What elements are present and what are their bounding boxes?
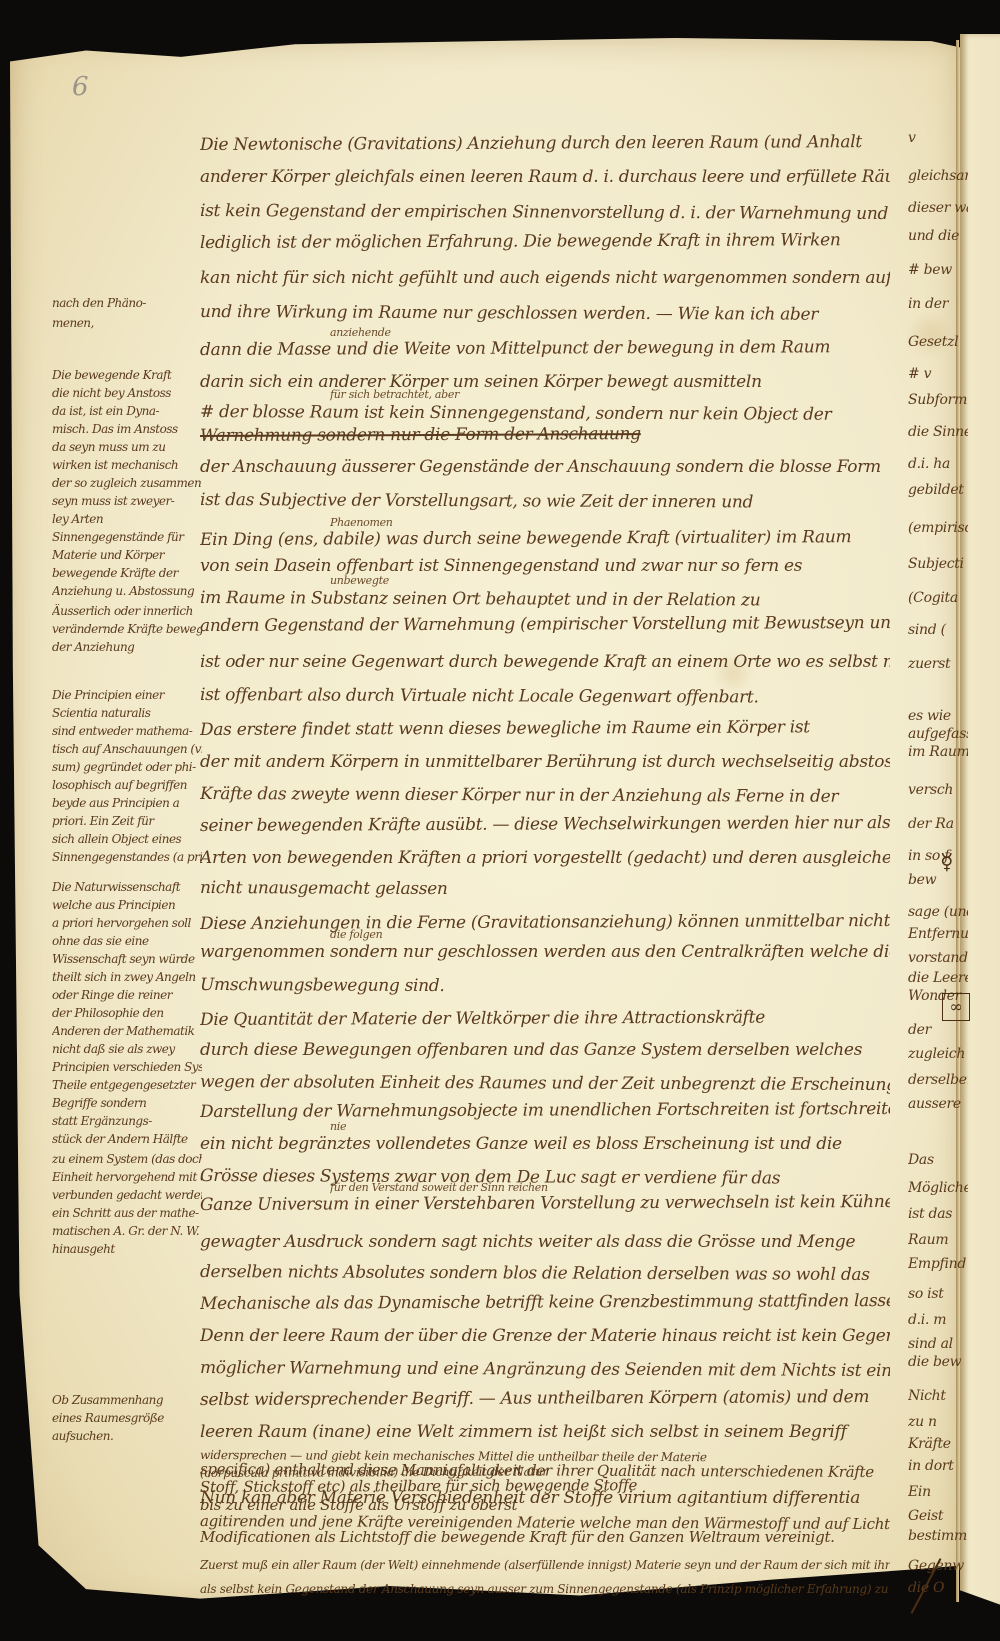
margin-note-line: menen,: [52, 316, 202, 330]
margin-note-line: der Anziehung: [52, 640, 202, 654]
right-page-fragment: derselben: [908, 1072, 968, 1088]
alchemical-symbol-icon: ☿: [940, 850, 954, 875]
margin-note-line: Principien verschieden Systeme: [52, 1060, 202, 1074]
margin-note-line: theilt sich in zwey Angeln: [52, 970, 202, 984]
right-page-fragment: Ein: [908, 1484, 968, 1500]
right-page-fragment: die Leere: [908, 970, 968, 986]
margin-note-line: a priori hervorgehen soll: [52, 916, 202, 930]
margin-note-line: aufsuchen.: [52, 1429, 202, 1443]
margin-note-line: Äusserlich oder innerlich: [52, 604, 202, 618]
manuscript-line: leeren Raum (inane) eine Welt zimmern is…: [200, 1422, 890, 1442]
margin-note-line: Scientia naturalis: [52, 706, 202, 720]
margin-note-line: da seyn muss um zu: [52, 440, 202, 454]
manuscript-line: selbst widersprechender Begriff. — Aus u…: [200, 1387, 890, 1410]
manuscript-line: seiner bewegenden Kräfte ausübt. — diese…: [200, 813, 890, 836]
margin-note-line: hinausgeht: [52, 1242, 202, 1256]
right-page-fragment: und die: [908, 228, 968, 244]
right-page-fragment: Empfind: [908, 1256, 968, 1272]
manuscript-line: von sein Dasein offenbart ist Sinnengege…: [200, 556, 890, 576]
manuscript-line: der mit andern Körpern in unmittelbarer …: [200, 752, 890, 772]
interlinear-insertion: unbewegte: [330, 574, 1000, 587]
manuscript-line: gewagter Ausdruck sondern sagt nichts we…: [200, 1232, 890, 1252]
margin-note-line: Einheit hervorgehend mit einander: [52, 1170, 202, 1184]
margin-note-line: Wissenschaft seyn würde: [52, 952, 202, 966]
margin-note-line: welche aus Principien: [52, 898, 202, 912]
margin-note-line: Materie und Körper: [52, 548, 202, 562]
margin-note-line: die nicht bey Anstoss: [52, 386, 202, 400]
margin-note-line: Ob Zusammenhang: [52, 1393, 202, 1407]
margin-note-line: verändernde Kräfte bewegung: [52, 622, 202, 636]
right-page-fragment: Kräfte: [908, 1436, 968, 1452]
right-page-fragment: bestimm: [908, 1528, 968, 1544]
interlinear-insertion: für sich betrachtet, aber: [330, 388, 1000, 401]
right-page-fragment: Subjecti: [908, 556, 968, 572]
margin-note-line: Anziehung u. Abstossung: [52, 584, 202, 598]
right-page-fragment: zu n: [908, 1414, 968, 1430]
margin-note-line: nicht daß sie als zwey: [52, 1042, 202, 1056]
right-page-fragment: in so f: [908, 848, 968, 864]
manuscript-line: Denn der leere Raum der über die Grenze …: [200, 1326, 890, 1346]
right-page-fragment: Nicht: [908, 1388, 968, 1404]
right-page-fragment: aufgefasst: [908, 726, 968, 742]
margin-note-line: wirken ist mechanisch: [52, 458, 202, 472]
manuscript-line: andern Gegenstand der Warnehmung (empiri…: [200, 613, 890, 636]
margin-note-line: da ist, ist ein Dyna-: [52, 404, 202, 418]
margin-note-line: seyn muss ist zweyer-: [52, 494, 202, 508]
right-page-fragment: aussere: [908, 1096, 968, 1112]
right-page-fragment: d.i. m: [908, 1312, 968, 1328]
margin-note-line: Anderen der Mathematik: [52, 1024, 202, 1038]
margin-note-line: zu einem System (das doch als: [52, 1152, 202, 1166]
manuscript-line: kan nicht für sich nicht gefühlt und auc…: [200, 268, 890, 288]
right-page-fragment: vorstand: [908, 950, 968, 966]
right-page-fragment: im Raum: [908, 744, 968, 760]
manuscript-line: Ganze Universum in einer Verstehbaren Vo…: [200, 1192, 890, 1215]
manuscript-line: Umschwungsbewegung sind.: [200, 975, 890, 998]
margin-note-line: nach den Phäno-: [52, 296, 202, 310]
right-page-fragment: bew: [908, 872, 968, 888]
right-page-fragment: Das: [908, 1152, 968, 1168]
margin-note-line: ley Arten: [52, 512, 202, 526]
manuscript-line: # der blosse Raum ist kein Sinnengegenst…: [200, 402, 890, 425]
right-page-fragment: Subform: [908, 392, 968, 408]
right-page-fragment: der Ra: [908, 816, 968, 832]
folio-number: 6: [72, 72, 89, 102]
interlinear-insertion: nie: [330, 1120, 1000, 1133]
manuscript-line: Die Newtonische (Gravitations) Anziehung…: [200, 132, 890, 155]
margin-note-line: sind entweder mathema-: [52, 724, 202, 738]
right-page-fragment: die O: [908, 1580, 968, 1596]
manuscript-line: ist kein Gegenstand der empirischen Sinn…: [200, 201, 890, 224]
manuscript-line: Arten von bewegenden Kräften a priori vo…: [200, 848, 890, 868]
margin-note-line: Die bewegende Kraft: [52, 368, 202, 382]
margin-note-line: verbunden gedacht werden: [52, 1188, 202, 1202]
manuscript-line: der Anschauung äusserer Gegenstände der …: [200, 457, 890, 477]
right-page-fragment: # v: [908, 366, 968, 382]
right-page-fragment: in dort: [908, 1458, 968, 1474]
right-page-fragment: zugleich: [908, 1046, 968, 1062]
margin-note-line: sum) gegründet oder phi-: [52, 760, 202, 774]
manuscript-line: lediglich ist der möglichen Erfahrung. D…: [200, 230, 890, 253]
right-page-fragment: Raum: [908, 1232, 968, 1248]
right-page-fragment: Entfernun: [908, 926, 968, 942]
margin-note-line: beyde aus Principien a: [52, 796, 202, 810]
margin-note-line: der Philosophie den: [52, 1006, 202, 1020]
right-page-fragment: gebildet: [908, 482, 968, 498]
manuscript-line: nicht unausgemacht gelassen: [200, 878, 890, 901]
right-page-fragment: gleichsam: [908, 168, 968, 184]
manuscript-line: ist oder nur seine Gegenwart durch beweg…: [200, 652, 890, 672]
manuscript-line: anderer Körper gleichfals einen leeren R…: [200, 167, 890, 187]
right-page-fragment: # bew: [908, 262, 968, 278]
manuscript-line: Warnehmung sondern nur die Form der Ansc…: [200, 423, 890, 446]
right-page-fragment: Mögliche: [908, 1180, 968, 1196]
margin-note-line: Sinnengegenstände für: [52, 530, 202, 544]
right-page-fragment: ist das: [908, 1206, 968, 1222]
manuscript-line: Stoff, Stickstoff etc) als theilbare für…: [200, 1475, 890, 1496]
right-page-fragment: die Sinne: [908, 424, 968, 440]
manuscript-line: als selbst kein Gegenstand der Anschauun…: [200, 1582, 890, 1596]
manuscript-line: und ihre Wirkung im Raume nur geschlosse…: [200, 302, 890, 325]
right-page-fragment: es wie: [908, 708, 968, 724]
manuscript-line: ist das Subjective der Vorstellungsart, …: [200, 490, 890, 513]
right-page-fragment: (empirisc: [908, 520, 968, 536]
right-page-fragment: dieser wa: [908, 200, 968, 216]
margin-note-line: stück der Andern Hälfte: [52, 1132, 202, 1146]
manuscript-line: ist offenbart also durch Virtuale nicht …: [200, 685, 890, 708]
right-page-fragment: d.i. ha: [908, 456, 968, 472]
margin-note-line: misch. Das im Anstoss: [52, 422, 202, 436]
margin-note-line: tisch auf Anschauungen (vi-: [52, 742, 202, 756]
margin-note-line: priori. Ein Zeit für: [52, 814, 202, 828]
manuscript-line: Zuerst muß ein aller Raum (der Welt) ein…: [200, 1558, 890, 1572]
manuscript-line: Darstellung der Warnehmungsobjecte im un…: [200, 1099, 890, 1122]
right-page-fragment: zuerst: [908, 656, 968, 672]
right-page-fragment: versch: [908, 782, 968, 798]
manuscript-line: Modificationen als Lichtstoff die bewege…: [200, 1528, 890, 1546]
manuscript-line: bis zu einer alle Stoffe als Urstoff zu …: [200, 1496, 890, 1514]
right-page-fragment: (Cogita: [908, 590, 968, 606]
margin-note-line: matischen A. Gr. der N. W.: [52, 1224, 202, 1238]
right-page-fragment: sage (und: [908, 904, 968, 920]
manuscript-line: Kräfte das zweyte wenn dieser Körper nur…: [200, 784, 890, 807]
right-page-fragment: sind al: [908, 1336, 968, 1352]
manuscript-line: dann die Masse und die Weite von Mittelp…: [200, 337, 890, 360]
right-page-fragment: Geist: [908, 1508, 968, 1524]
margin-note-line: Die Principien einer: [52, 688, 202, 702]
boxed-three-circles-icon: ∞: [942, 993, 970, 1021]
right-page-fragment: so ist: [908, 1286, 968, 1302]
right-page-fragment: Gesetzl: [908, 334, 968, 350]
interlinear-insertion: die folgen: [330, 928, 1000, 941]
margin-note-line: der so zugleich zusammen: [52, 476, 202, 490]
right-page-fragment: sind (: [908, 622, 968, 638]
right-page-fragment: die bew: [908, 1354, 968, 1370]
manuscript-line: Mechanische als das Dynamische betrifft …: [200, 1291, 890, 1314]
manuscript-line: Die Quantität der Materie der Weltkörper…: [200, 1007, 890, 1030]
manuscript-line: Das erstere findet statt wenn dieses bew…: [200, 717, 890, 740]
right-page-fragment: in der: [908, 296, 968, 312]
manuscript-line: im Raume in Substanz seinen Ort behaupte…: [200, 588, 890, 611]
margin-note-line: Begriffe sondern: [52, 1096, 202, 1110]
manuscript-line: ein nicht begränztes vollendetes Ganze w…: [200, 1134, 890, 1154]
margin-note-line: sich allein Object eines: [52, 832, 202, 846]
manuscript-line: wegen der absoluten Einheit des Raumes u…: [200, 1072, 890, 1095]
margin-note-line: bewegende Kräfte der: [52, 566, 202, 580]
manuscript-line: derselben nichts Absolutes sondern blos …: [200, 1262, 890, 1285]
manuscript-line: durch diese Bewegungen offenbaren und da…: [200, 1040, 890, 1060]
manuscript-line: wargenommen sondern nur geschlossen werd…: [200, 942, 890, 962]
right-page-fragment: v: [908, 130, 968, 146]
margin-note-line: eines Raumesgröße: [52, 1411, 202, 1425]
margin-note-line: statt Ergänzungs-: [52, 1114, 202, 1128]
margin-note-line: Die Naturwissenschaft: [52, 880, 202, 894]
margin-note-line: ohne das sie eine: [52, 934, 202, 948]
manuscript-line: möglicher Warnehmung und eine Angränzung…: [200, 1358, 890, 1381]
margin-note-line: Sinnengegenstandes (a priori): [52, 850, 202, 864]
margin-note-line: losophisch auf begriffen: [52, 778, 202, 792]
margin-note-line: ein Schritt aus der mathe-: [52, 1206, 202, 1220]
margin-note-line: oder Ringe die reiner: [52, 988, 202, 1002]
right-page-fragment: der: [908, 1022, 968, 1038]
margin-note-line: Theile entgegengesetzter: [52, 1078, 202, 1092]
manuscript-line: Ein Ding (ens, dabile) was durch seine b…: [200, 527, 890, 550]
